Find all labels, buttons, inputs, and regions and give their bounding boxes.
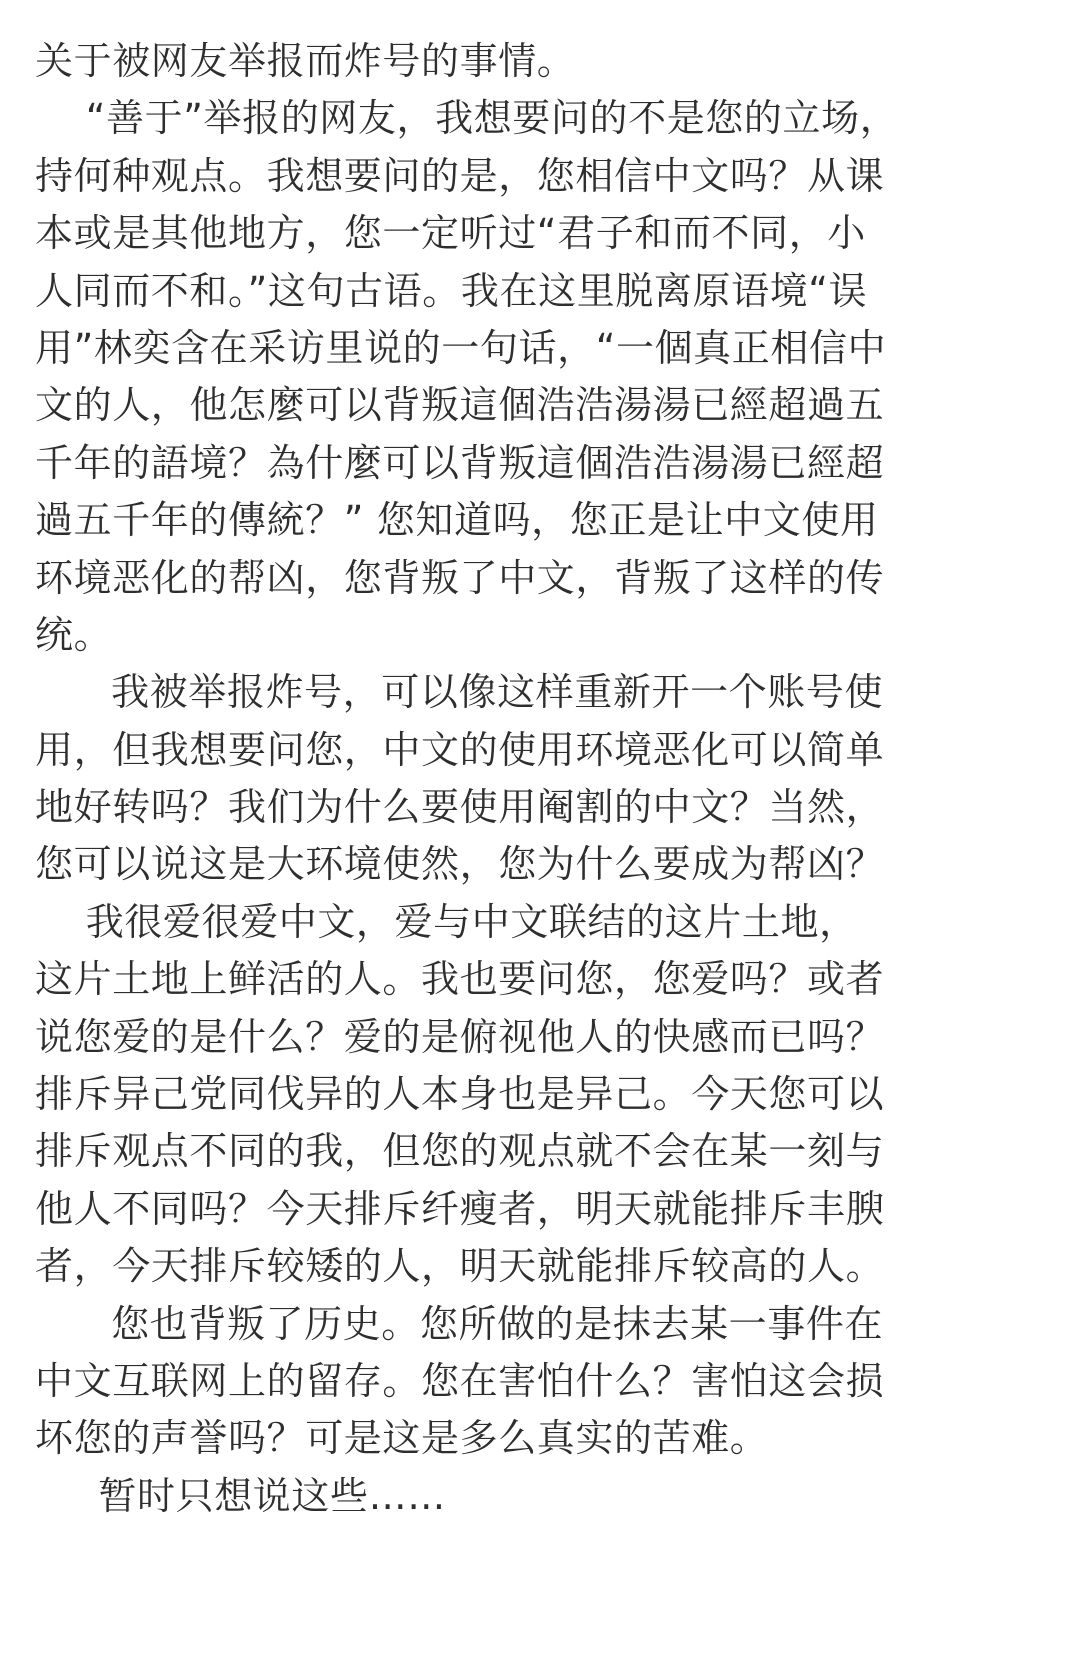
text-line: 排斥观点不同的我，但您的观点就不会在某一刻与 [35,1123,1045,1180]
text-line: 千年的語境？為什麼可以背叛這個浩浩湯湯已經超 [35,435,1045,492]
text-line: 文的人，他怎麼可以背叛這個浩浩湯湯已經超過五 [35,377,1045,434]
text-line: 说您爱的是什么？爱的是俯视他人的快感而已吗？ [35,1009,1045,1066]
text-line: 统。 [35,607,1045,664]
closing-line: 暂时只想说这些…… [35,1468,1045,1525]
text-line: 这片土地上鲜活的人。我也要问您，您爱吗？或者 [35,951,1045,1008]
text-line: 坏您的声誉吗？可是这是多么真实的苦难。 [35,1410,1045,1467]
text-line: 用，但我想要问您，中文的使用环境恶化可以简单 [35,722,1045,779]
text-line: 排斥异己党同伐异的人本身也是异己。今天您可以 [35,1066,1045,1123]
title-line: 关于被网友举报而炸号的事情。 [35,33,1045,90]
text-line: 我很爱很爱中文，爱与中文联结的这片土地， [35,894,1045,951]
text-line: 持何种观点。我想要问的是，您相信中文吗？从课 [35,148,1045,205]
text-line: 本或是其他地方，您一定听过“君子和而不同，小 [35,205,1045,262]
text-line: 您也背叛了历史。您所做的是抹去某一事件在 [35,1296,1045,1353]
text-line: 他人不同吗？今天排斥纤瘦者，明天就能排斥丰腴 [35,1181,1045,1238]
text-line: 我被举报炸号，可以像这样重新开一个账号使 [35,664,1045,721]
post-body: 关于被网友举报而炸号的事情。 “善于”举报的网友，我想要问的不是您的立场， 持何… [35,33,1045,1525]
text-line: 過五千年的傳統？” 您知道吗，您正是让中文使用 [35,492,1045,549]
text-line: “善于”举报的网友，我想要问的不是您的立场， [35,90,1045,147]
text-line: 中文互联网上的留存。您在害怕什么？害怕这会损 [35,1353,1045,1410]
text-line: 人同而不和。”这句古语。我在这里脱离原语境“误 [35,263,1045,320]
text-line: 地好转吗？我们为什么要使用阉割的中文？当然， [35,779,1045,836]
text-line: 环境恶化的帮凶，您背叛了中文，背叛了这样的传 [35,550,1045,607]
text-line: 者，今天排斥较矮的人，明天就能排斥较高的人。 [35,1238,1045,1295]
text-line: 您可以说这是大环境使然，您为什么要成为帮凶？ [35,836,1045,893]
text-line: 用”林奕含在采访里说的一句话，“一個真正相信中 [35,320,1045,377]
